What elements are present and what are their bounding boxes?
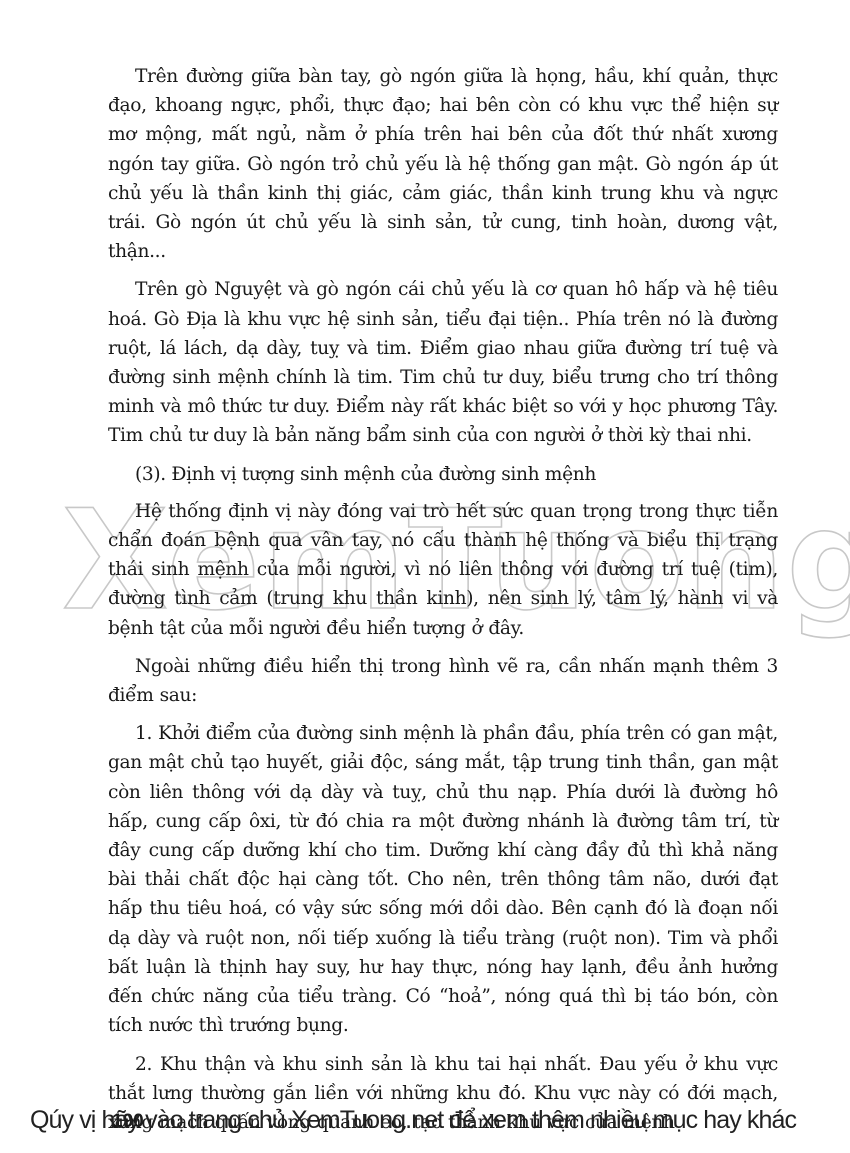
footer-banner: Qúy vị hãy vào trang chủ XemTuong.net để…: [30, 1106, 796, 1135]
section-heading: (3). Định vị tượng sinh mệnh của đường s…: [108, 460, 778, 489]
paragraph-point-1: 1. Khởi điểm của đường sinh mệnh là phần…: [108, 719, 778, 1040]
paragraph-positioning-system: Hệ thống định vị này đóng vai trò hết sứ…: [108, 497, 778, 643]
paragraph-three-points-intro: Ngoài những điều hiển thị trong hình vẽ …: [108, 652, 778, 710]
paragraph-moon-mount: Trên gò Nguyệt và gò ngón cái chủ yếu là…: [108, 275, 778, 450]
page-body: Trên đường giữa bàn tay, gò ngón giữa là…: [108, 62, 778, 1146]
paragraph-palm-mounts: Trên đường giữa bàn tay, gò ngón giữa là…: [108, 62, 778, 266]
